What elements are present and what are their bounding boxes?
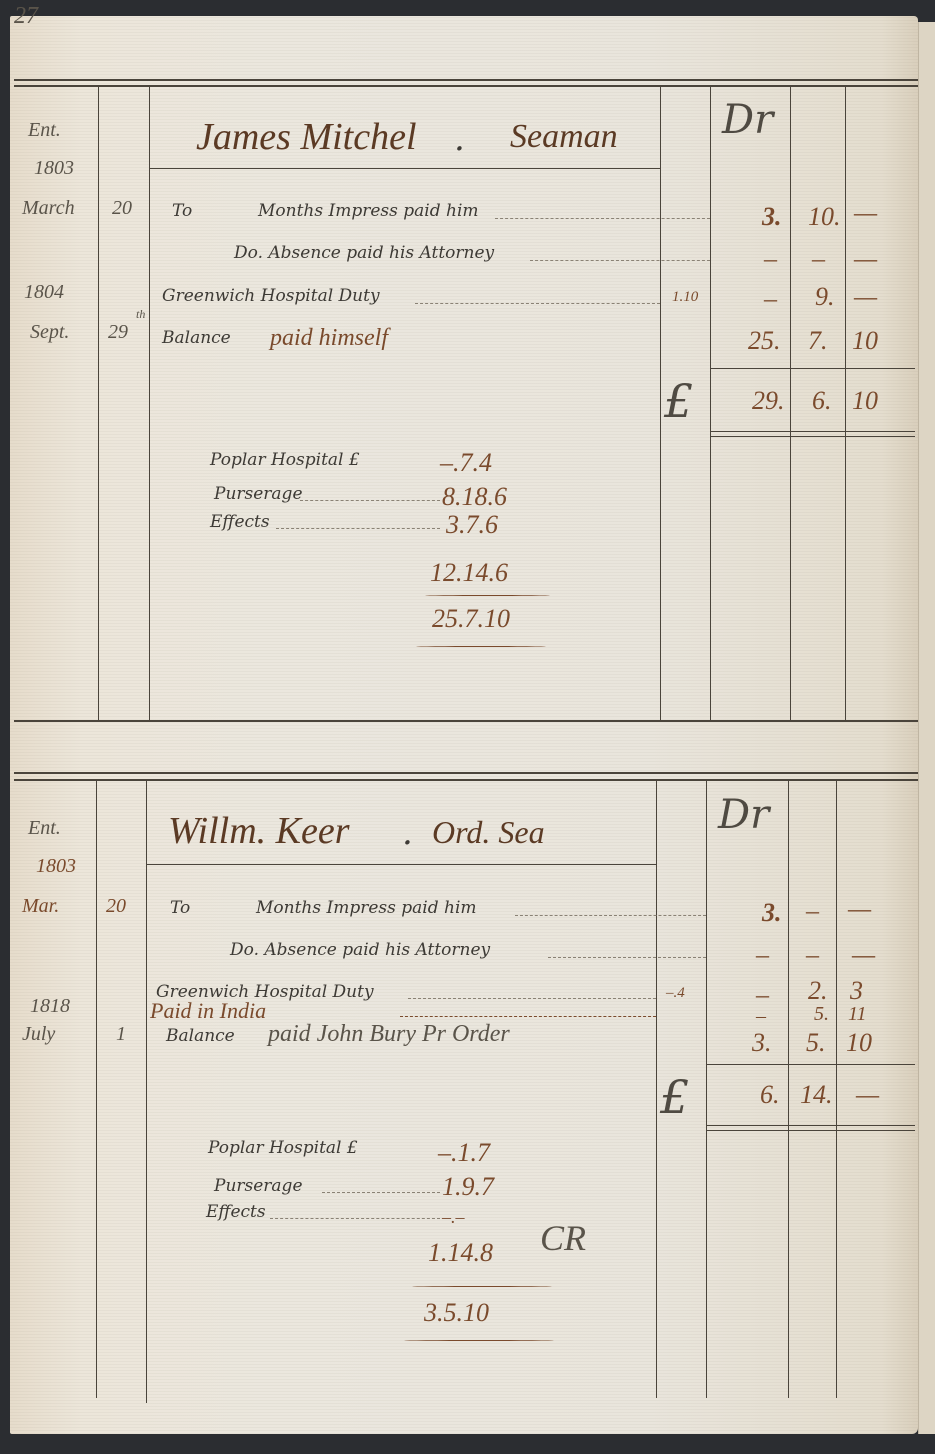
entry-1-text: Months Impress paid him <box>256 900 477 917</box>
day-1: 20 <box>106 896 126 916</box>
summary-value: 3.7.6 <box>446 512 498 538</box>
month-2: July <box>22 1024 55 1044</box>
underline-flourish <box>404 1340 554 1341</box>
rating-separator: . <box>402 816 413 850</box>
month-2: Sept. <box>30 322 69 342</box>
leader-dashes <box>400 1016 656 1017</box>
entry-2-text: Do. Absence paid his Attorney <box>230 942 490 959</box>
leader-dots <box>300 500 440 501</box>
amount-pounds: 3. <box>762 204 782 230</box>
col-rule-shillings <box>790 87 791 720</box>
amount-shillings: 5. <box>814 1004 829 1024</box>
summary-label: Purserage <box>214 1178 303 1195</box>
summary-total: 25.7.10 <box>432 606 510 632</box>
col-rule-day <box>146 781 147 1403</box>
col-rule-pounds <box>706 781 707 1398</box>
year-1: 1803 <box>36 856 76 876</box>
summary-value: –.– <box>442 1208 465 1226</box>
entered-label: Ent. <box>28 818 61 838</box>
entry-prefix: To <box>170 900 190 917</box>
leader-dots <box>548 957 706 958</box>
col-rule-pence <box>845 87 846 720</box>
amount-pence: — <box>854 284 877 310</box>
col-rule-pence <box>836 781 837 1398</box>
amount-pence: 10 <box>846 1030 872 1056</box>
leader-dots <box>276 528 440 529</box>
total-rule-top <box>707 1064 915 1065</box>
summary-subtotal: 1.14.8 <box>428 1240 493 1266</box>
summary-value: 1.9.7 <box>442 1174 494 1200</box>
amount-shillings: 9. <box>815 284 835 310</box>
day-2-suffix: th <box>136 308 145 320</box>
page-number: 27 <box>14 4 38 28</box>
leader-dots <box>515 915 706 916</box>
account-rating: Seaman <box>510 120 618 154</box>
amount-shillings: – <box>806 898 819 924</box>
total-rule-top <box>710 368 915 369</box>
amount-pounds: – <box>756 1006 766 1026</box>
day-2: 29 <box>108 322 128 342</box>
amount-pence: 3 <box>850 978 863 1004</box>
top-double-rule-2 <box>14 779 918 781</box>
month-1: March <box>22 198 75 218</box>
underline-flourish <box>416 646 546 647</box>
underline-flourish <box>425 595 550 596</box>
col-rule-date <box>98 87 99 720</box>
debit-header: Dr <box>722 100 773 140</box>
leader-dots <box>415 303 660 304</box>
amount-pence: — <box>854 246 877 272</box>
pound-symbol: £ <box>660 1074 689 1120</box>
entry-4-text: Balance <box>162 330 231 347</box>
total-pence: 10 <box>852 388 878 414</box>
amount-pounds: 3. <box>762 900 782 926</box>
total-rule-double-1 <box>710 431 915 432</box>
year-2: 1818 <box>30 996 70 1016</box>
amount-shillings: 7. <box>808 328 828 354</box>
amount-shillings: – <box>812 246 825 272</box>
year-1: 1803 <box>34 158 74 178</box>
summary-label: Purserage <box>214 486 303 503</box>
amount-pence: 10 <box>852 328 878 354</box>
col-rule-day <box>149 87 150 720</box>
summary-value: –.7.4 <box>440 450 492 476</box>
total-pounds: 29. <box>752 388 785 414</box>
leader-dots <box>322 1192 440 1193</box>
amount-pence: — <box>854 200 877 226</box>
entry-prefix: To <box>172 203 192 220</box>
month-1: Mar. <box>22 896 59 916</box>
col-rule-inner <box>660 87 661 720</box>
account-name: James Mitchel <box>196 118 417 156</box>
amount-shillings: – <box>806 942 819 968</box>
col-rule-pounds <box>710 87 711 720</box>
total-shillings: 14. <box>800 1082 833 1108</box>
entry-4-handwritten: Paid in India <box>150 1000 266 1022</box>
amount-shillings: 2. <box>808 978 828 1004</box>
pound-symbol: £ <box>664 378 693 424</box>
day-1: 20 <box>112 198 132 218</box>
amount-shillings: 10. <box>808 204 841 230</box>
top-double-rule-1 <box>14 79 918 81</box>
summary-label: Effects <box>206 1204 266 1221</box>
total-rule-double-1 <box>707 1125 915 1126</box>
name-header-rule <box>146 864 656 865</box>
amount-pounds: – <box>764 286 777 312</box>
amount-pounds: 25. <box>748 328 781 354</box>
underline-flourish <box>412 1286 552 1287</box>
leader-dots <box>495 218 710 219</box>
debit-header: Dr <box>718 795 769 835</box>
entry-3-inner: –.4 <box>666 986 685 1001</box>
entry-4-handwritten: paid himself <box>270 326 388 350</box>
summary-label: Poplar Hospital £ <box>210 452 360 469</box>
account-name: Willm. Keer <box>168 812 350 850</box>
total-rule-double-2 <box>710 436 915 437</box>
amount-shillings: 5. <box>806 1030 826 1056</box>
summary-value: 8.18.6 <box>442 484 507 510</box>
total-shillings: 6. <box>812 388 832 414</box>
entry-2-text: Do. Absence paid his Attorney <box>234 245 494 262</box>
day-2: 1 <box>116 1024 126 1044</box>
name-header-rule <box>150 168 660 169</box>
summary-label: Poplar Hospital £ <box>208 1140 358 1157</box>
amount-pence: 11 <box>848 1004 867 1024</box>
entry-5-handwritten: paid John Bury Pr Order <box>268 1022 510 1046</box>
entry-5-text: Balance <box>166 1028 235 1045</box>
entry-3-text: Greenwich Hospital Duty <box>162 288 380 305</box>
amount-pence: — <box>848 896 871 922</box>
leader-dots <box>408 998 656 999</box>
rating-separator: . <box>454 122 465 156</box>
account-rating: Ord. Sea <box>432 816 545 848</box>
summary-total: 3.5.10 <box>424 1300 489 1326</box>
amount-pounds: – <box>764 246 777 272</box>
entry-1-text: Months Impress paid him <box>258 203 479 220</box>
entered-label: Ent. <box>28 120 61 140</box>
total-pounds: 6. <box>760 1082 780 1108</box>
initials: CR <box>540 1220 586 1256</box>
amount-pounds: – <box>756 942 769 968</box>
summary-subtotal: 12.14.6 <box>430 560 508 586</box>
section-bottom-rule <box>14 720 918 722</box>
col-rule-date <box>96 781 97 1398</box>
amount-pence: — <box>852 942 875 968</box>
summary-value: –.1.7 <box>438 1140 490 1166</box>
next-page-edge <box>918 22 935 1434</box>
leader-dots <box>270 1218 440 1219</box>
entry-3-inner: 1.10 <box>672 290 698 305</box>
amount-pounds: 3. <box>752 1030 772 1056</box>
total-rule-double-2 <box>707 1130 915 1131</box>
top-double-rule-1 <box>14 772 918 774</box>
total-pence: — <box>856 1082 879 1108</box>
year-2: 1804 <box>24 282 64 302</box>
col-rule-shillings <box>788 781 789 1398</box>
summary-label: Effects <box>210 514 270 531</box>
leader-dots <box>530 260 710 261</box>
col-rule-inner <box>656 781 657 1398</box>
